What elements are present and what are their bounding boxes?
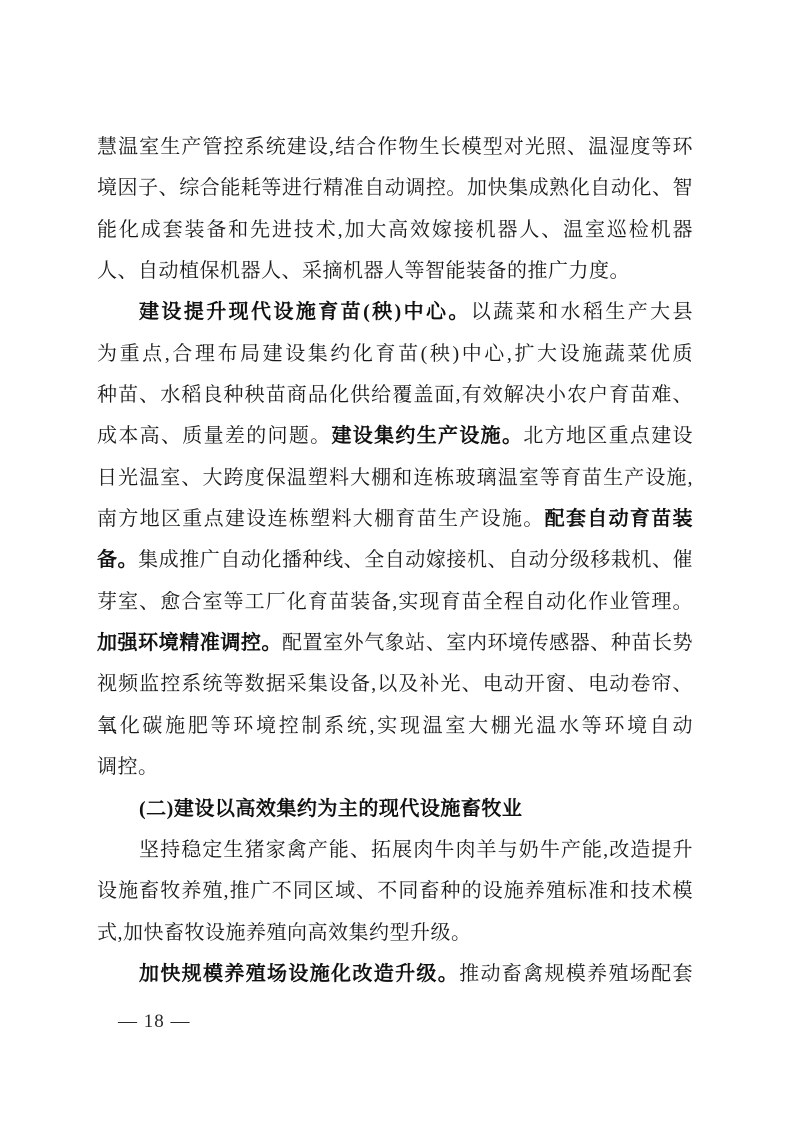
text-line: 能化成套装备和先进技术,加大高效嫁接机器人、温室巡检机器 <box>97 210 693 251</box>
document-page: 慧温室生产管控系统建设,结合作物生长模型对光照、温湿度等环境因子、综合能耗等进行… <box>0 0 794 1123</box>
text-line: 视频监控系统等数据采集设备,以及补光、电动开窗、电动卷帘、二 <box>97 664 693 705</box>
section-heading: (二)建设以高效集约为主的现代设施畜牧业 <box>97 789 693 830</box>
text-line: 设施畜牧养殖,推广不同区域、不同畜种的设施养殖标准和技术模 <box>97 871 693 912</box>
emphasis-text: 建设集约生产设施。 <box>331 425 523 447</box>
body-text: 以蔬菜和水稻生产大县 <box>471 301 693 323</box>
page-footer: — 18 — <box>118 1008 191 1036</box>
body-text: 日光温室、大跨度保温塑料大棚和连栋玻璃温室等育苗生产设施, <box>97 467 693 489</box>
body-text: 能化成套装备和先进技术,加大高效嫁接机器人、温室巡检机器 <box>97 219 693 241</box>
text-line: 氧化碳施肥等环境控制系统,实现温室大棚光温水等环境自动 <box>97 706 693 747</box>
text-line: 调控。 <box>97 747 693 788</box>
text-line: 为重点,合理布局建设集约化育苗(秧)中心,扩大设施蔬菜优质 <box>97 334 693 375</box>
text-line: 成本高、质量差的问题。建设集约生产设施。北方地区重点建设 <box>97 416 693 457</box>
body-text: 芽室、愈合室等工厂化育苗装备,实现育苗全程自动化作业管理。 <box>97 591 693 613</box>
text-line: 芽室、愈合室等工厂化育苗装备,实现育苗全程自动化作业管理。 <box>97 582 693 623</box>
emphasis-text: 配套自动育苗装 <box>545 508 693 530</box>
body-text: 南方地区重点建设连栋塑料大棚育苗生产设施。 <box>97 508 545 530</box>
body-text: 成本高、质量差的问题。 <box>97 425 331 447</box>
text-line: 南方地区重点建设连栋塑料大棚育苗生产设施。配套自动育苗装 <box>97 499 693 540</box>
body-text: 北方地区重点建设 <box>523 425 693 447</box>
body-text: 调控。 <box>97 756 159 778</box>
emphasis-text: 加快规模养殖场设施化改造升级。 <box>139 963 459 985</box>
body-text: 人、自动植保机器人、采摘机器人等智能装备的推广力度。 <box>97 260 630 282</box>
body-text: 推动畜禽规模养殖场配套 <box>459 963 693 985</box>
body-text: 氧化碳施肥等环境控制系统,实现温室大棚光温水等环境自动 <box>97 715 693 737</box>
text-line: 加快规模养殖场设施化改造升级。推动畜禽规模养殖场配套 <box>97 954 693 995</box>
body-text: 集成推广自动化播种线、全自动嫁接机、自动分级移栽机、催 <box>138 549 693 571</box>
text-line: 日光温室、大跨度保温塑料大棚和连栋玻璃温室等育苗生产设施, <box>97 458 693 499</box>
text-line: 种苗、水稻良种秧苗商品化供给覆盖面,有效解决小农户育苗难、 <box>97 375 693 416</box>
body-text: 坚持稳定生猪家禽产能、拓展肉牛肉羊与奶牛产能,改造提升 <box>139 839 693 861</box>
body-text: 种苗、水稻良种秧苗商品化供给覆盖面,有效解决小农户育苗难、 <box>97 384 693 406</box>
document-body: 慧温室生产管控系统建设,结合作物生长模型对光照、温湿度等环境因子、综合能耗等进行… <box>97 127 693 995</box>
emphasis-text: 备。 <box>97 549 138 571</box>
text-line: 加强环境精准调控。配置室外气象站、室内环境传感器、种苗长势 <box>97 623 693 664</box>
text-line: 备。集成推广自动化播种线、全自动嫁接机、自动分级移栽机、催 <box>97 540 693 581</box>
body-text: 式,加快畜牧设施养殖向高效集约型升级。 <box>97 922 472 944</box>
text-line: 慧温室生产管控系统建设,结合作物生长模型对光照、温湿度等环 <box>97 127 693 168</box>
emphasis-text: 建设提升现代设施育苗(秧)中心。 <box>139 301 471 323</box>
body-text: 设施畜牧养殖,推广不同区域、不同畜种的设施养殖标准和技术模 <box>97 880 693 902</box>
text-line: 坚持稳定生猪家禽产能、拓展肉牛肉羊与奶牛产能,改造提升 <box>97 830 693 871</box>
text-line: 建设提升现代设施育苗(秧)中心。以蔬菜和水稻生产大县 <box>97 292 693 333</box>
body-text: 配置室外气象站、室内环境传感器、种苗长势 <box>282 632 693 654</box>
body-text: 境因子、综合能耗等进行精准自动调控。加快集成熟化自动化、智 <box>97 177 693 199</box>
page-number: — 18 — <box>118 1011 191 1032</box>
text-line: 境因子、综合能耗等进行精准自动调控。加快集成熟化自动化、智 <box>97 168 693 209</box>
body-text: 慧温室生产管控系统建设,结合作物生长模型对光照、温湿度等环 <box>97 136 693 158</box>
text-line: 人、自动植保机器人、采摘机器人等智能装备的推广力度。 <box>97 251 693 292</box>
body-text: 为重点,合理布局建设集约化育苗(秧)中心,扩大设施蔬菜优质 <box>97 343 693 365</box>
emphasis-text: 加强环境精准调控。 <box>97 632 282 654</box>
emphasis-text: (二)建设以高效集约为主的现代设施畜牧业 <box>139 798 522 820</box>
text-line: 式,加快畜牧设施养殖向高效集约型升级。 <box>97 913 693 954</box>
